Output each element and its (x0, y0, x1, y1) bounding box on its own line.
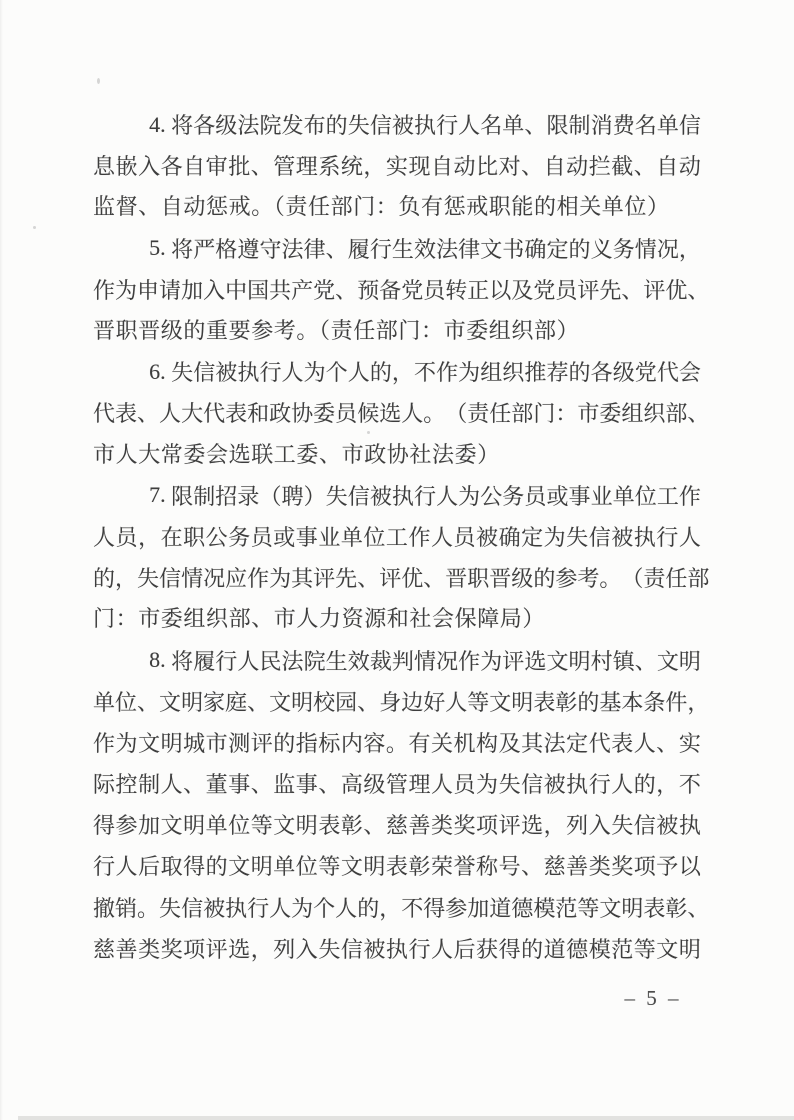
text-line: 门：市委组织部、市人力资源和社会保障局） (93, 598, 701, 639)
scan-speck (97, 78, 100, 84)
text-line: 市人大常委会选联工委、市政协社法委） (93, 434, 701, 475)
text-line: 单位、文明家庭、文明校园、身边好人等文明表彰的基本条件， (93, 681, 701, 722)
page-number: – 5 – (607, 986, 699, 1011)
scan-edge-left (0, 0, 3, 1120)
text-line: 得参加文明单位等文明表彰、慈善类奖项评选，列入失信被执 (93, 804, 701, 845)
text-line: 8. 将履行人民法院生效裁判情况作为评选文明村镇、文明 (93, 639, 701, 680)
text-line: 6. 失信被执行人为个人的，不作为组织推荐的各级党代会 (93, 351, 701, 392)
text-line: 行人后取得的文明单位等文明表彰荣誉称号、慈善类奖项予以 (93, 845, 701, 886)
document-body: 4. 将各级法院发布的失信被执行人名单、限制消费名单信息嵌入各自审批、管理系统，… (93, 104, 701, 969)
text-line: 人员，在职公务员或事业单位工作人员被确定为失信被执行人 (93, 516, 701, 557)
text-line: 监督、自动惩戒。（责任部门：负有惩戒职能的相关单位） (93, 186, 701, 227)
text-line: 息嵌入各自审批、管理系统，实现自动比对、自动拦截、自动 (93, 145, 701, 186)
scan-edge-bottom (18, 1116, 794, 1120)
text-line: 作为申请加入中国共产党、预备党员转正以及党员评先、评优、 (93, 269, 701, 310)
page-number-label: – 5 – (625, 986, 682, 1010)
text-line: 慈善类奖项评选，列入失信被执行人后获得的道德模范等文明 (93, 928, 701, 969)
scan-speck (33, 226, 36, 229)
text-line: 代表、人大代表和政协委员候选人。（责任部门：市委组织部、 (93, 392, 701, 433)
document-page: 4. 将各级法院发布的失信被执行人名单、限制消费名单信息嵌入各自审批、管理系统，… (0, 0, 794, 1120)
text-line: 际控制人、董事、监事、高级管理人员为失信被执行人的，不 (93, 763, 701, 804)
text-line: 7. 限制招录（聘）失信被执行人为公务员或事业单位工作 (93, 475, 701, 516)
text-line: 作为文明城市测评的指标内容。有关机构及其法定代表人、实 (93, 722, 701, 763)
text-line: 5. 将严格遵守法律、履行生效法律文书确定的义务情况， (93, 228, 701, 269)
text-line: 4. 将各级法院发布的失信被执行人名单、限制消费名单信 (93, 104, 701, 145)
text-line: 的，失信情况应作为其评先、评优、晋职晋级的参考。（责任部 (93, 557, 701, 598)
text-line: 撤销。失信被执行人为个人的，不得参加道德模范等文明表彰、 (93, 887, 701, 928)
text-line: 晋职晋级的重要参考。（责任部门：市委组织部） (93, 310, 701, 351)
